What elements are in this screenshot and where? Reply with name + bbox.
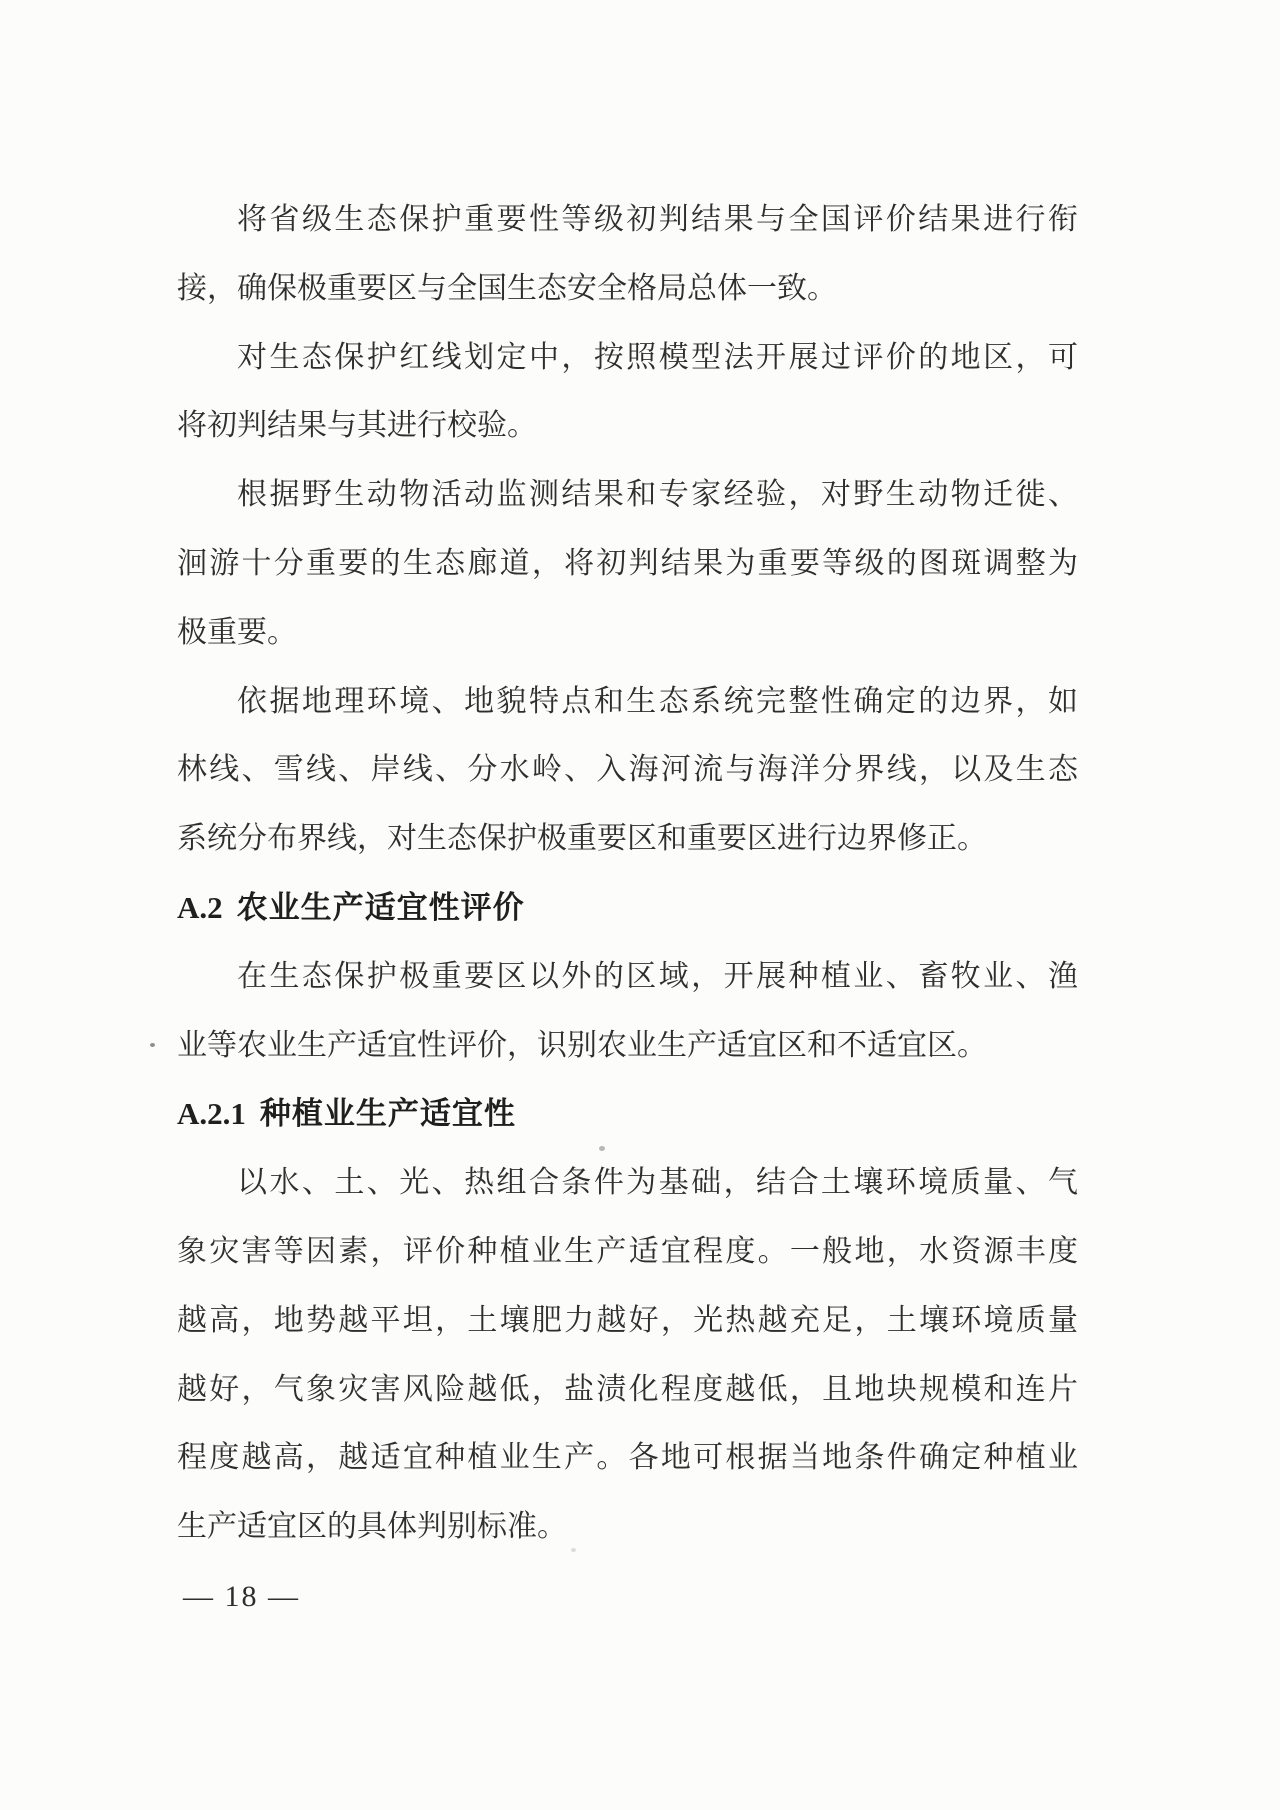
section-title: 种植业生产适宜性 xyxy=(260,1096,516,1131)
body-line: 程度越高，越适宜种植业生产。各地可根据当地条件确定种植业 xyxy=(177,1424,1078,1493)
scan-speck xyxy=(150,1043,155,1047)
body-line: 越好，气象灾害风险越低，盐渍化程度越低，且地块规模和连片 xyxy=(177,1356,1078,1425)
body-line: 对生态保护红线划定中，按照模型法开展过评价的地区，可 xyxy=(177,324,1078,393)
body-line: 依据地理环境、地貌特点和生态系统完整性确定的边界，如 xyxy=(177,668,1078,737)
section-number: A.2.1 xyxy=(177,1096,246,1131)
body-line: 林线、雪线、岸线、分水岭、入海河流与海洋分界线，以及生态 xyxy=(177,736,1078,805)
scan-speck xyxy=(571,1548,576,1552)
body-line: 系统分布界线，对生态保护极重要区和重要区进行边界修正。 xyxy=(177,805,1078,874)
body-line: 越高，地势越平坦，土壤肥力越好，光热越充足，土壤环境质量 xyxy=(177,1287,1078,1356)
scanned-document-page: 将省级生态保护重要性等级初判结果与全国评价结果进行衔 接，确保极重要区与全国生态… xyxy=(0,0,1280,1810)
body-line: 将初判结果与其进行校验。 xyxy=(177,392,1078,461)
section-number: A.2 xyxy=(177,890,223,925)
body-line: 象灾害等因素，评价种植业生产适宜程度。一般地，水资源丰度 xyxy=(177,1218,1078,1287)
section-heading-a21: A.2.1种植业生产适宜性 xyxy=(177,1080,1078,1149)
body-line: 业等农业生产适宜性评价，识别农业生产适宜区和不适宜区。 xyxy=(177,1012,1078,1081)
page-number: — 18 — xyxy=(183,1577,300,1617)
section-title: 农业生产适宜性评价 xyxy=(237,890,525,925)
body-line: 接，确保极重要区与全国生态安全格局总体一致。 xyxy=(177,255,1078,324)
scan-speck xyxy=(599,1146,605,1151)
body-line: 以水、土、光、热组合条件为基础，结合土壤环境质量、气 xyxy=(177,1149,1078,1218)
body-line: 在生态保护极重要区以外的区域，开展种植业、畜牧业、渔 xyxy=(177,943,1078,1012)
body-line: 生产适宜区的具体判别标准。 xyxy=(177,1493,1078,1562)
section-heading-a2: A.2农业生产适宜性评价 xyxy=(177,874,1078,943)
document-text-block: 将省级生态保护重要性等级初判结果与全国评价结果进行衔 接，确保极重要区与全国生态… xyxy=(177,186,1078,1562)
body-line: 极重要。 xyxy=(177,599,1078,668)
body-line: 根据野生动物活动监测结果和专家经验，对野生动物迁徙、 xyxy=(177,461,1078,530)
body-line: 将省级生态保护重要性等级初判结果与全国评价结果进行衔 xyxy=(177,186,1078,255)
body-line: 洄游十分重要的生态廊道，将初判结果为重要等级的图斑调整为 xyxy=(177,530,1078,599)
